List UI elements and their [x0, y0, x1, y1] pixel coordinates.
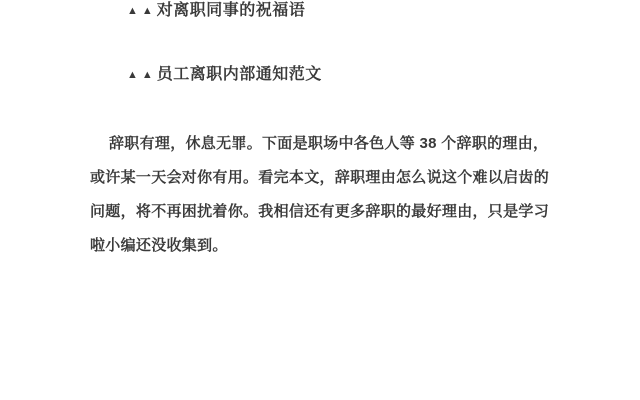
paragraph-line: 啦小编还没收集到。	[90, 229, 552, 263]
triangle-markers-icon: ▲▲	[127, 69, 157, 81]
paragraph-line: 辞职有理，休息无罪。下面是职场中各色人等 38 个辞职的理由，	[90, 127, 552, 161]
document-page: ▲▲对离职同事的祝福语 ▲▲员工离职内部通知范文 辞职有理，休息无罪。下面是职场…	[0, 0, 640, 400]
triangle-markers-icon: ▲▲	[127, 5, 157, 17]
heading-text: 员工离职内部通知范文	[157, 66, 322, 83]
paragraph-line: 或许某一天会对你有用。看完本文，辞职理由怎么说这个难以启齿的	[90, 161, 552, 195]
section-heading-farewell-wishes: ▲▲对离职同事的祝福语	[127, 1, 305, 21]
body-paragraph: 辞职有理，休息无罪。下面是职场中各色人等 38 个辞职的理由， 或许某一天会对你…	[90, 127, 552, 263]
paragraph-line: 问题，将不再困扰着你。我相信还有更多辞职的最好理由，只是学习	[90, 195, 552, 229]
heading-text: 对离职同事的祝福语	[157, 2, 306, 19]
section-heading-internal-notice: ▲▲员工离职内部通知范文	[127, 65, 322, 85]
